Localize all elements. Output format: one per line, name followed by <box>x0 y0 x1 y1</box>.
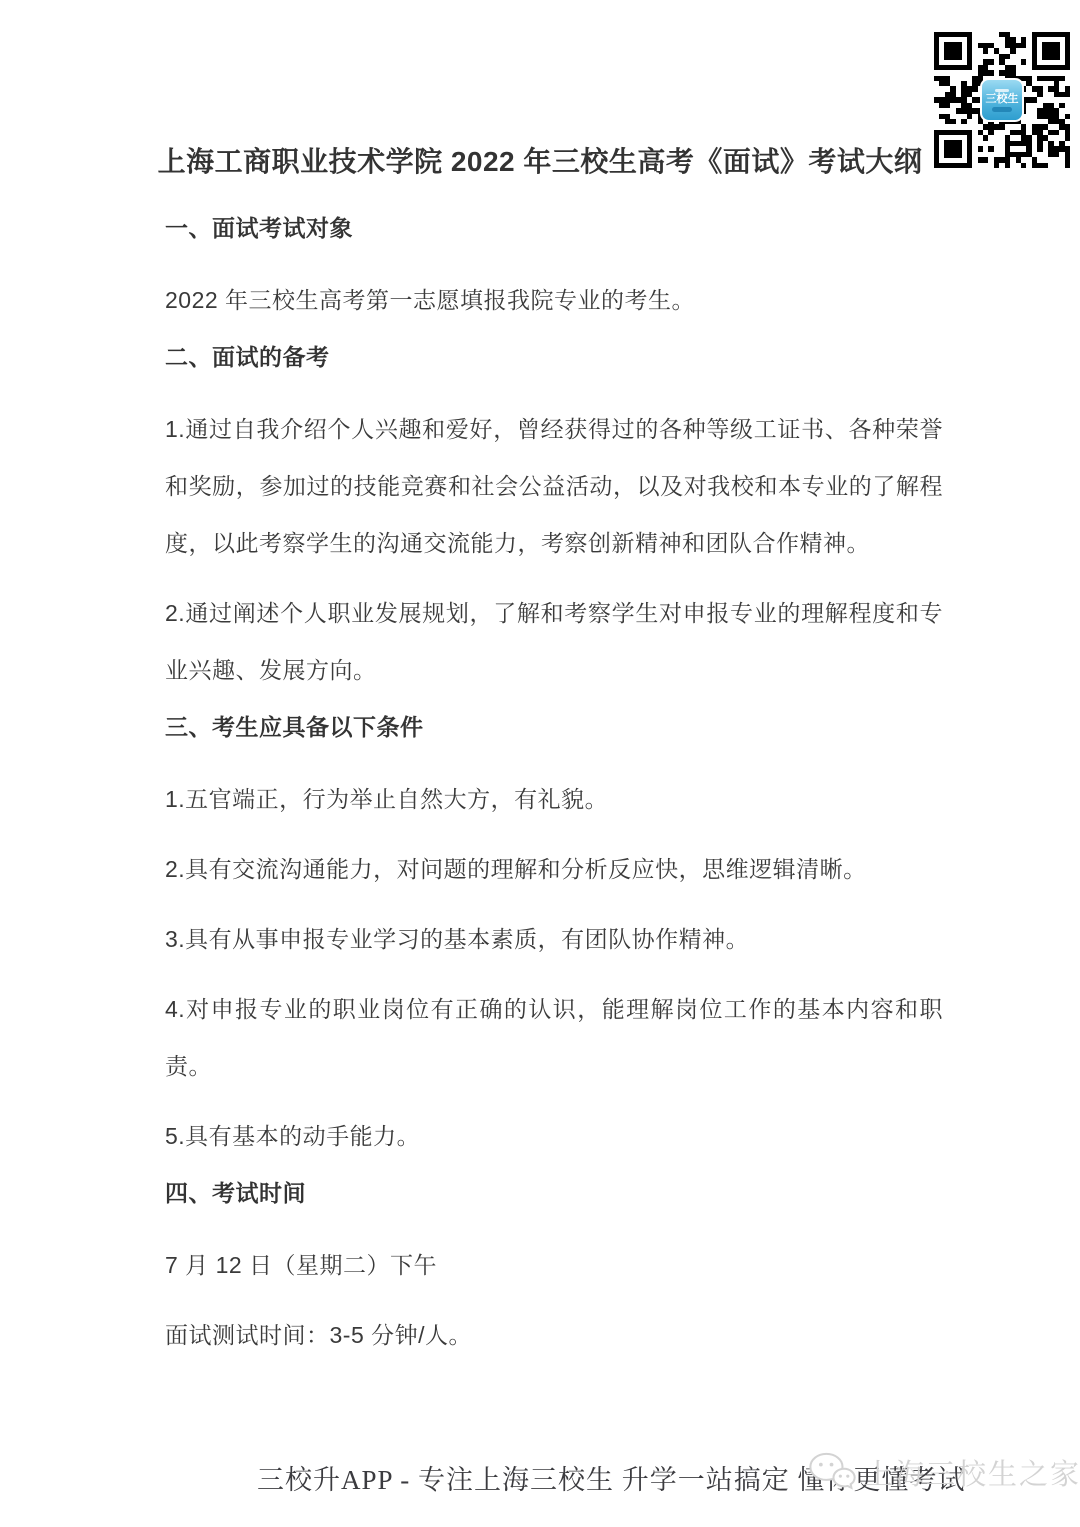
qr-center-logo: 三校生 <box>980 78 1024 122</box>
qr-logo-decor-bottom <box>992 107 1012 112</box>
paragraph: 1.五官端正，行为举止自然大方，有礼貌。 <box>165 771 943 828</box>
document-page: { "page": { "title": "上海工商职业技术学院 2022 年三… <box>0 0 1080 1527</box>
qr-logo-decor-top <box>995 89 1009 92</box>
paragraph: 4.对申报专业的职业岗位有正确的认识，能理解岗位工作的基本内容和职责。 <box>165 981 943 1095</box>
watermark: 上海三校生之家 <box>806 1448 1080 1496</box>
paragraph: 5.具有基本的动手能力。 <box>165 1108 943 1165</box>
watermark-text: 上海三校生之家 <box>864 1452 1080 1493</box>
section-heading-4: 四、考试时间 <box>165 1178 943 1208</box>
paragraph: 1.通过自我介绍个人兴趣和爱好，曾经获得过的各种等级工证书、各种荣誉和奖励，参加… <box>165 401 943 572</box>
paragraph: 3.具有从事申报专业学习的基本素质，有团队协作精神。 <box>165 911 943 968</box>
paragraph: 2022 年三校生高考第一志愿填报我院专业的考生。 <box>165 272 943 329</box>
section-heading-2: 二、面试的备考 <box>165 342 943 372</box>
paragraph: 2.具有交流沟通能力，对问题的理解和分析反应快，思维逻辑清晰。 <box>165 841 943 898</box>
section-heading-3: 三、考生应具备以下条件 <box>165 712 943 742</box>
paragraph: 面试测试时间：3-5 分钟/人。 <box>165 1307 943 1364</box>
qr-finder-top-right-icon <box>1032 32 1070 70</box>
qr-code: 三校生 <box>934 32 1070 168</box>
paragraph: 7 月 12 日（星期二）下午 <box>165 1237 943 1294</box>
paragraph: 2.通过阐述个人职业发展规划，了解和考察学生对申报专业的理解程度和专业兴趣、发展… <box>165 585 943 699</box>
document-body: 一、面试考试对象 2022 年三校生高考第一志愿填报我院专业的考生。 二、面试的… <box>165 0 943 1377</box>
wechat-icon <box>806 1448 858 1496</box>
qr-logo-label: 三校生 <box>986 94 1019 105</box>
qr-module <box>1065 163 1070 168</box>
section-heading-1: 一、面试考试对象 <box>165 213 943 243</box>
